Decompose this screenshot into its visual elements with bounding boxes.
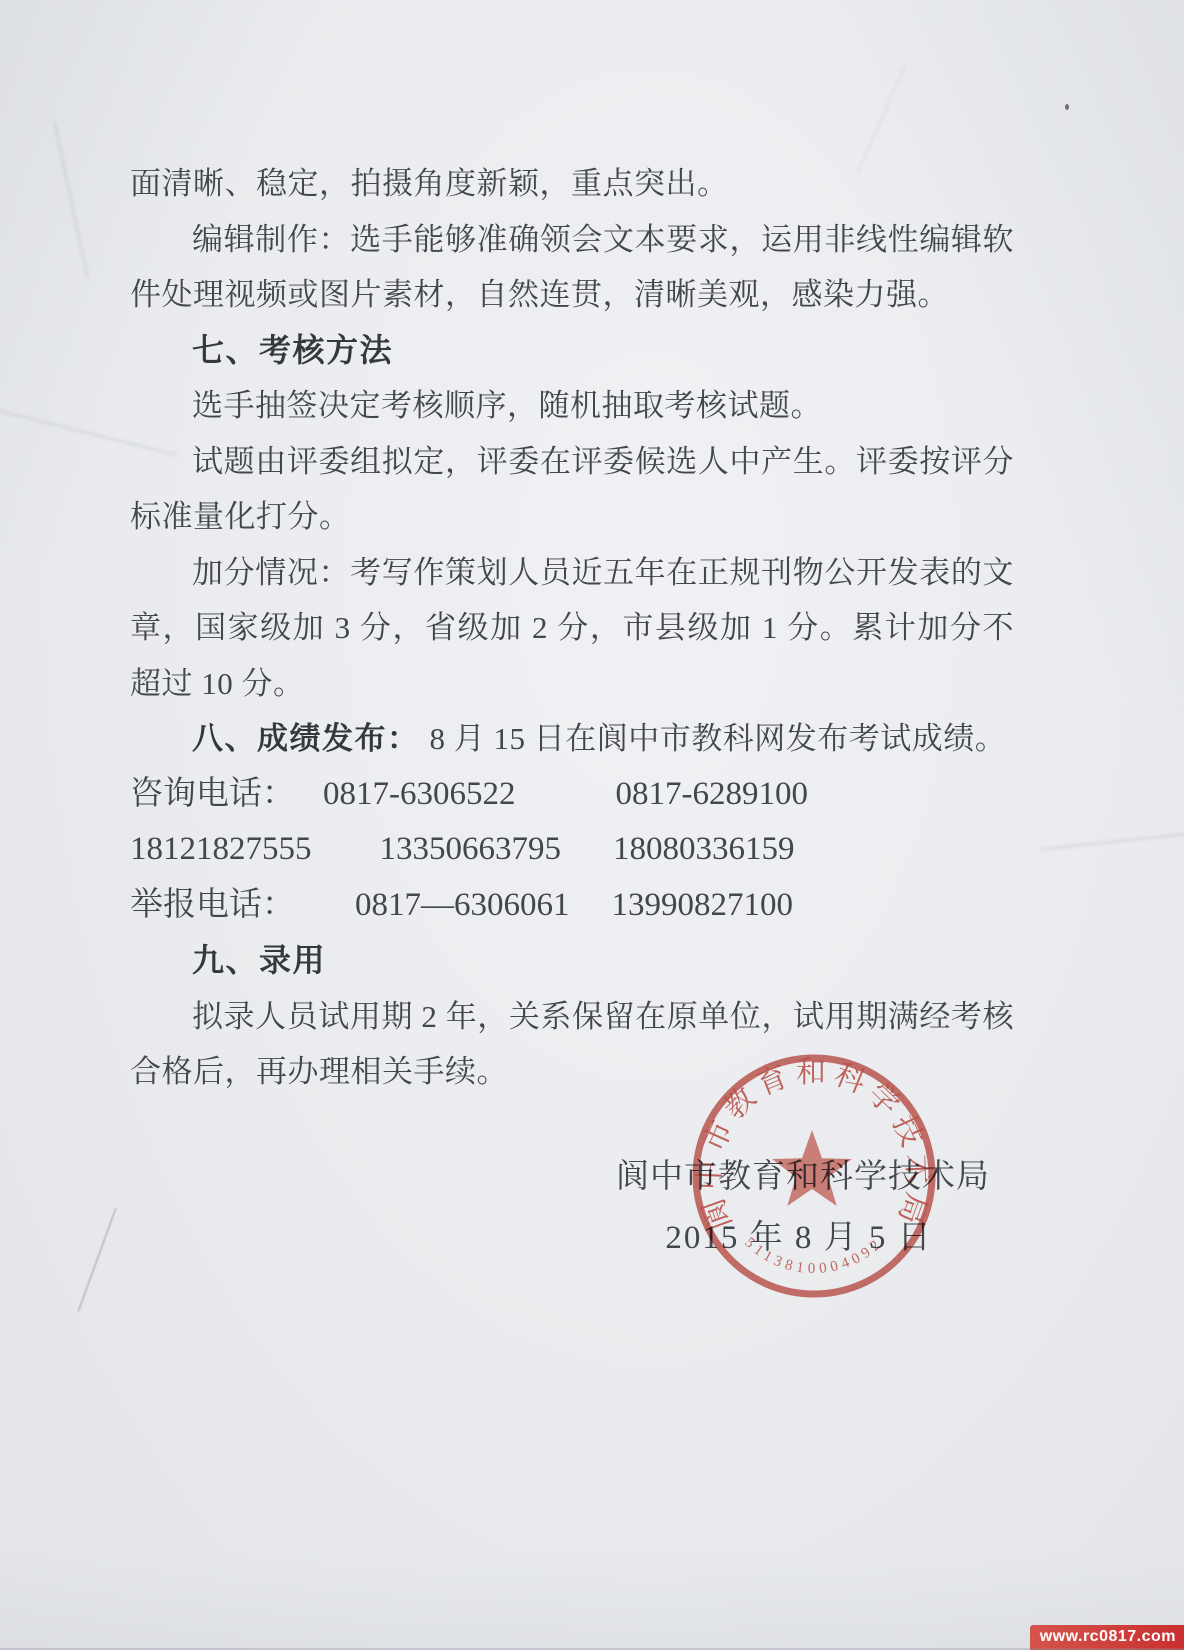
section-8-text: 8 月 15 日在阆中市教科网发布考试成绩。 <box>430 721 1007 756</box>
mobile-phone-row: 181218275551335066379518080336159 <box>130 822 1014 878</box>
mobile-phone-1: 18121827555 <box>130 831 312 867</box>
section-7-heading: 七、考核方法 <box>130 323 1014 379</box>
paragraph-bonus-points: 加分情况：考写作策划人员近五年在正规刊物公开发表的文章，国家级加 3 分，省级加… <box>130 545 1014 712</box>
scan-speck <box>1065 104 1069 110</box>
pencil-scratch <box>77 1208 117 1312</box>
section-9-heading: 九、录用 <box>130 933 1014 989</box>
report-phone-1: 0817—6306061 <box>355 887 570 923</box>
document-body: 面清晰、稳定，拍摄角度新颖，重点突出。 编辑制作：选手能够准确领会文本要求，运用… <box>130 156 1014 1100</box>
consult-phone-1: 0817-6306522 <box>323 776 516 812</box>
section-8-line: 八、成绩发布：8 月 15 日在阆中市教科网发布考试成绩。 <box>130 711 1014 767</box>
official-seal-stamp: 阆中市教育和科学技术局 5113810004092 <box>688 1050 940 1302</box>
paragraph-draw-order: 选手抽签决定考核顺序，随机抽取考核试题。 <box>130 378 1014 434</box>
scanned-document-page: 面清晰、稳定，拍摄角度新颖，重点突出。 编辑制作：选手能够准确领会文本要求，运用… <box>0 0 1184 1650</box>
report-phone-label: 举报电话： <box>130 887 295 923</box>
consult-phone-2: 0817-6289100 <box>616 776 809 812</box>
seal-code: 5113810004092 <box>741 1235 886 1277</box>
consult-phone-label: 咨询电话： <box>130 776 295 812</box>
mobile-phone-3: 18080336159 <box>613 831 795 867</box>
report-phone-2: 13990827100 <box>612 887 794 923</box>
consult-phone-row: 咨询电话：0817-63065220817-6289100 <box>130 767 1014 823</box>
star-icon <box>772 1130 852 1206</box>
mobile-phone-2: 13350663795 <box>380 831 562 867</box>
paper-crease <box>53 122 88 279</box>
paper-crease <box>1040 832 1184 851</box>
paragraph-editing: 编辑制作：选手能够准确领会文本要求，运用非线性编辑软件处理视频或图片素材，自然连… <box>130 212 1014 323</box>
report-phone-row: 举报电话：0817—630606113990827100 <box>130 878 1014 934</box>
paragraph-continuation: 面清晰、稳定，拍摄角度新颖，重点突出。 <box>130 156 1014 212</box>
watermark-badge: www.rc0817.com <box>1030 1625 1184 1650</box>
paragraph-judges: 试题由评委组拟定，评委在评委候选人中产生。评委按评分标准量化打分。 <box>130 434 1014 545</box>
section-8-heading: 八、成绩发布： <box>192 721 420 756</box>
